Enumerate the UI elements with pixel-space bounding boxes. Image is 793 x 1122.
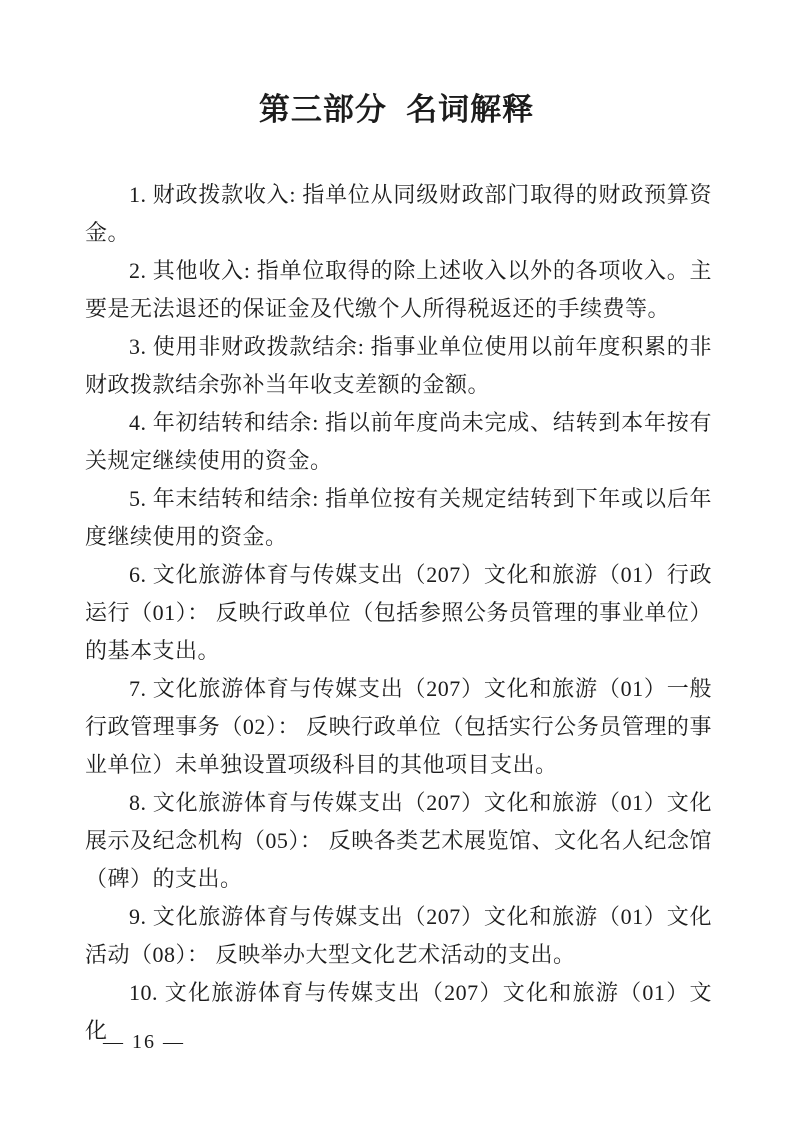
page-title: 第三部分 名词解释 [0, 92, 793, 128]
glossary-paragraph-5: 5. 年末结转和结余: 指单位按有关规定结转到下年或以后年度继续使用的资金。 [85, 480, 712, 556]
glossary-paragraph-4: 4. 年初结转和结余: 指以前年度尚未完成、结转到本年按有关规定继续使用的资金。 [85, 404, 712, 480]
glossary-body: 1. 财政拨款收入: 指单位从同级财政部门取得的财政预算资金。 2. 其他收入:… [85, 176, 712, 1050]
glossary-paragraph-3: 3. 使用非财政拨款结余: 指事业单位使用以前年度积累的非财政拨款结余弥补当年收… [85, 328, 712, 404]
glossary-paragraph-1: 1. 财政拨款收入: 指单位从同级财政部门取得的财政预算资金。 [85, 176, 712, 252]
glossary-paragraph-2: 2. 其他收入: 指单位取得的除上述收入以外的各项收入。主要是无法退还的保证金及… [85, 252, 712, 328]
glossary-paragraph-7: 7. 文化旅游体育与传媒支出（207）文化和旅游（01）一般行政管理事务（02）… [85, 670, 712, 784]
glossary-paragraph-8: 8. 文化旅游体育与传媒支出（207）文化和旅游（01）文化展示及纪念机构（05… [85, 784, 712, 898]
glossary-paragraph-9: 9. 文化旅游体育与传媒支出（207）文化和旅游（01）文化活动（08）： 反映… [85, 898, 712, 974]
page-number: — 16 — [103, 1030, 185, 1054]
glossary-paragraph-6: 6. 文化旅游体育与传媒支出（207）文化和旅游（01）行政运行（01）： 反映… [85, 556, 712, 670]
document-page: 第三部分 名词解释 1. 财政拨款收入: 指单位从同级财政部门取得的财政预算资金… [0, 0, 793, 1122]
